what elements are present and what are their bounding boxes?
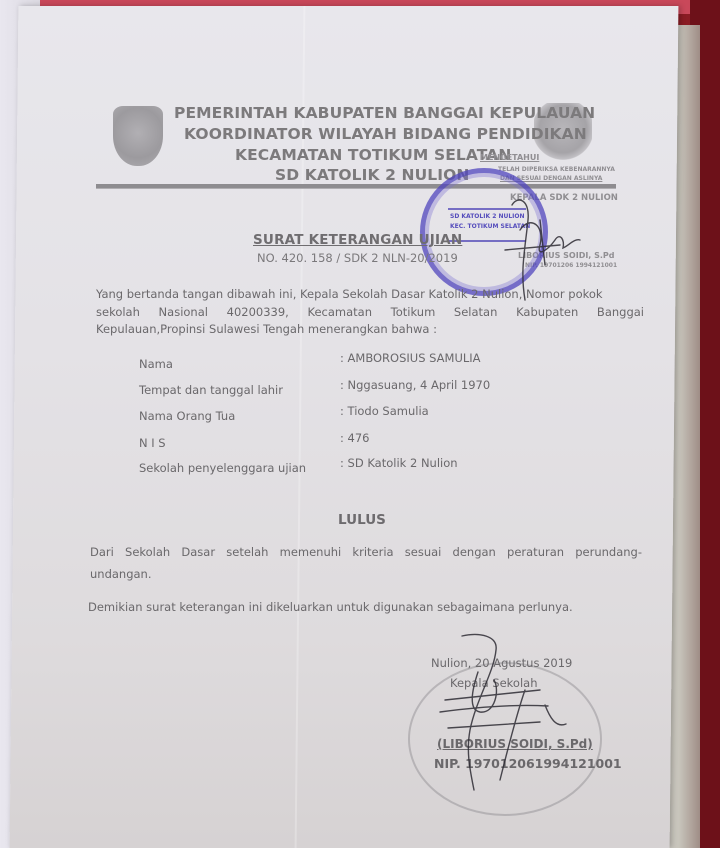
handwritten-signatures	[0, 0, 720, 848]
